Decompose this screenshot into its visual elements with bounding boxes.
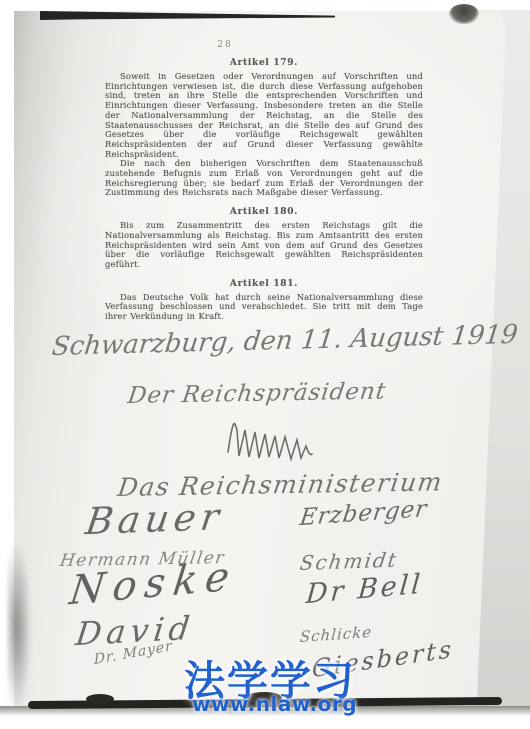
article-heading: Artikel 180. bbox=[105, 207, 423, 217]
article-section-181: Artikel 181. Das Deutsche Volk hat durch… bbox=[105, 279, 423, 322]
article-section-179: Artikel 179. Soweit in Gesetzen oder Ver… bbox=[105, 58, 423, 198]
article-heading: Artikel 181. bbox=[105, 279, 423, 289]
president-title: Der Reichspräsident bbox=[126, 378, 388, 409]
page-number: 28 bbox=[105, 40, 345, 50]
article-section-180: Artikel 180. Bis zum Zusammentritt des e… bbox=[105, 207, 423, 270]
left-binding-shadow bbox=[8, 540, 32, 715]
article-paragraph: Die nach den bisherigen Vorschriften dem… bbox=[105, 159, 423, 198]
watermark-url: www.nlaw.org bbox=[192, 692, 357, 716]
signature-bauer: Bauer bbox=[83, 495, 227, 543]
printed-text-column: Artikel 179. Soweit in Gesetzen oder Ver… bbox=[105, 58, 423, 322]
article-heading: Artikel 179. bbox=[105, 58, 423, 68]
president-signature bbox=[224, 412, 316, 464]
article-paragraph: Soweit in Gesetzen oder Verordnungen auf… bbox=[105, 72, 423, 159]
bottom-edge-bump bbox=[86, 694, 114, 704]
top-dark-spot bbox=[449, 4, 479, 24]
photo-of-document-page: 28 Artikel 179. Soweit in Gesetzen oder … bbox=[0, 0, 530, 729]
article-paragraph: Bis zum Zusammentritt des ersten Reichst… bbox=[105, 221, 423, 270]
signature-schmidt: Schmidt bbox=[298, 548, 399, 576]
article-paragraph: Das Deutsche Volk hat durch seine Nation… bbox=[105, 293, 423, 322]
